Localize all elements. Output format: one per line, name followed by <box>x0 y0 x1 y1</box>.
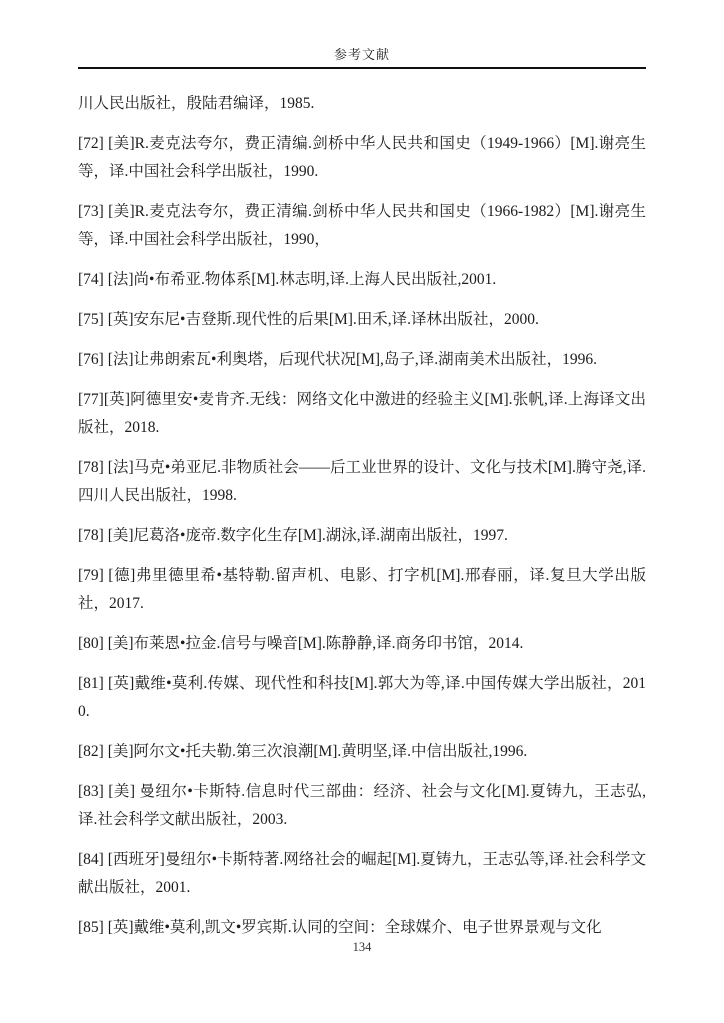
reference-entry: [73] [美]R.麦克法夸尔，费正清编.剑桥中华人民共和国史（1966-198… <box>78 198 646 254</box>
reference-entry: [83] [美] 曼纽尔•卡斯特.信息时代三部曲：经济、社会与文化[M].夏铸九… <box>78 778 646 834</box>
reference-entry: [84] [西班牙]曼纽尔•卡斯特著.网络社会的崛起[M].夏铸九，王志弘等,译… <box>78 846 646 902</box>
reference-entry: [76] [法]让弗朗索瓦•利奥塔，后现代状况[M],岛子,译.湖南美术出版社，… <box>78 346 646 374</box>
reference-entry: [77][英]阿德里安•麦肯齐.无线：网络文化中激进的经验主义[M].张帆,译.… <box>78 386 646 442</box>
page-footer: 134 <box>0 938 724 1023</box>
reference-entry: [78] [法]马克•弟亚尼.非物质社会——后工业世界的设计、文化与技术[M].… <box>78 454 646 510</box>
reference-entry: [79] [德]弗里德里希•基特勒.留声机、电影、打字机[M].邢春丽，译.复旦… <box>78 562 646 618</box>
page-header: 参考文献 <box>78 0 646 69</box>
page-number: 134 <box>353 940 372 955</box>
reference-entry: [81] [英]戴维•莫利.传媒、现代性和科技[M].郭大为等,译.中国传媒大学… <box>78 670 646 726</box>
reference-entry: [80] [美]布莱恩•拉金.信号与噪音[M].陈静静,译.商务印书馆，2014… <box>78 630 646 658</box>
reference-entry: [72] [美]R.麦克法夸尔，费正清编.剑桥中华人民共和国史（1949-196… <box>78 130 646 186</box>
reference-entry: [82] [美]阿尔文•托夫勒.第三次浪潮[M].黄明坚,译.中信出版社,199… <box>78 738 646 766</box>
section-title: 参考文献 <box>334 44 390 63</box>
reference-entry: [75] [英]安东尼•吉登斯.现代性的后果[M].田禾,译.译林出版社，200… <box>78 306 646 334</box>
reference-entry: [74] [法]尚•布希亚.物体系[M].林志明,译.上海人民出版社,2001. <box>78 266 646 294</box>
document-page: 参考文献 川人民出版社，殷陆君编译，1985. [72] [美]R.麦克法夸尔，… <box>0 0 724 1023</box>
reference-list: 川人民出版社，殷陆君编译，1985. [72] [美]R.麦克法夸尔，费正清编.… <box>78 69 646 942</box>
reference-entry: [78] [美]尼葛洛•庞帝.数字化生存[M].湖泳,译.湖南出版社，1997. <box>78 522 646 550</box>
reference-entry: 川人民出版社，殷陆君编译，1985. <box>78 90 646 118</box>
